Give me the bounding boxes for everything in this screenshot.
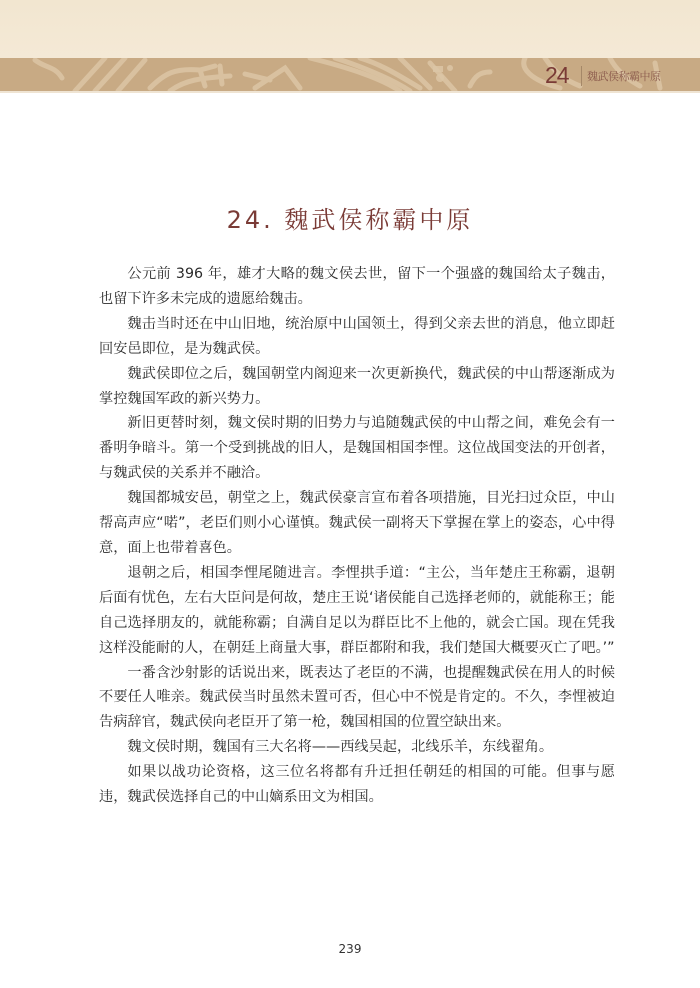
paragraph: 公元前 396 年，雄才大略的魏文侯去世，留下一个强盛的魏国给太子魏击，也留下许… <box>99 262 615 312</box>
chapter-title: 24. 魏武侯称霸中原 <box>0 200 700 235</box>
paragraph: 魏国都城安邑，朝堂之上，魏武侯豪言宣布着各项措施，目光扫过众臣，中山帮高声应“喏… <box>99 486 615 561</box>
header-cream-strip <box>0 0 700 58</box>
header-divider <box>0 91 700 93</box>
paragraph: 魏武侯即位之后，魏国朝堂内阁迎来一次更新换代，魏武侯的中山帮逐渐成为掌控魏国军政… <box>99 362 615 412</box>
paragraph: 魏文侯时期，魏国有三大名将——西线吴起，北线乐羊，东线翟角。 <box>99 735 615 760</box>
body-text: 公元前 396 年，雄才大略的魏文侯去世，留下一个强盛的魏国给太子魏击，也留下许… <box>99 262 615 810</box>
running-header-separator <box>581 66 582 86</box>
paragraph: 如果以战功论资格，这三位名将都有升迁担任朝廷的相国的可能。但事与愿违，魏武侯选择… <box>99 760 615 810</box>
running-header-chapter-name: 魏武侯称霸中原 <box>587 68 661 84</box>
page-number: 239 <box>0 942 700 956</box>
paragraph: 魏击当时还在中山旧地，统治原中山国领土，得到父亲去世的消息，他立即赶回安邑即位，… <box>99 312 615 362</box>
paragraph: 新旧更替时刻，魏文侯时期的旧势力与追随魏武侯的中山帮之间，难免会有一番明争暗斗。… <box>99 411 615 486</box>
running-header-chapter-number: 24 <box>545 62 569 89</box>
paragraph: 退朝之后，相国李悝尾随进言。李悝拱手道：“主公，当年楚庄王称霸，退朝后面有忧色，… <box>99 561 615 661</box>
paragraph: 一番含沙射影的话说出来，既表达了老臣的不满，也提醒魏武侯在用人的时候不要任人唯亲… <box>99 661 615 736</box>
